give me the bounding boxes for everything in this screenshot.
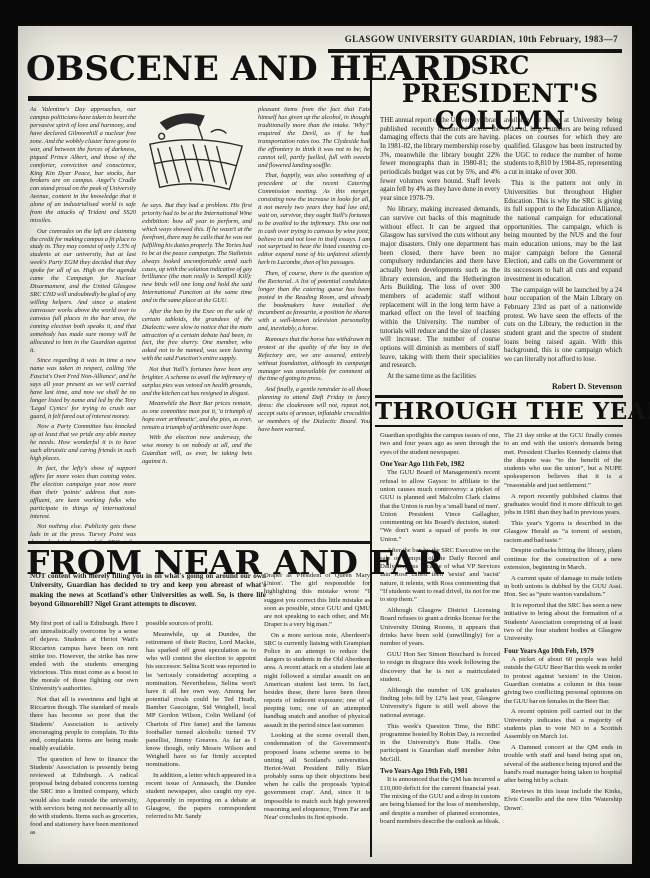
column-subheading: Two Years Ago 19th Feb, 1981 [380, 767, 500, 775]
body-paragraph: Although Glasgow District Licensing Boar… [380, 607, 500, 648]
column-subheading: One Year Ago 11th Feb, 1982 [380, 460, 500, 468]
newspaper-page: GLASGOW UNIVERSITY GUARDIAN, 10th Februa… [18, 26, 632, 864]
body-paragraph: The question of how to finance the Stude… [30, 756, 138, 838]
column-subheading: Four Years Ago 10th Feb, 1979 [504, 647, 622, 655]
body-paragraph: he says. But they had a problem. His fir… [142, 202, 252, 305]
body-paragraph: That, happily, was also something of a p… [258, 172, 370, 267]
body-paragraph: Despite cutbacks hitting the library, pl… [504, 547, 622, 572]
body-paragraph: A picket of about 60 people was held out… [504, 656, 622, 706]
body-paragraph: A report recently published claims that … [504, 493, 622, 518]
body-paragraph: Not that all is sweetness and light at R… [30, 696, 138, 753]
body-paragraph: This is the pattern not only in Universi… [504, 179, 622, 283]
body-paragraph: A Damned concert at the QM ends in troub… [504, 744, 622, 785]
article-column: Guardian spotlights the campus issues of… [380, 432, 500, 858]
article-column: he says. But they had a problem. His fir… [142, 106, 252, 542]
body-paragraph: My first port of call is Edinburgh. Here… [30, 620, 138, 694]
body-paragraph: Not that Yuill's fortunes have been any … [142, 366, 252, 398]
body-paragraph: Then, of course, there is the question o… [258, 270, 370, 334]
article-column: available for those at University being … [504, 116, 622, 380]
body-paragraph: GUU Hon Sec Simon Bouchard is forced to … [380, 651, 500, 684]
headline-through-the-years: THROUGH THE YEARS [375, 400, 623, 423]
author-signature: Robert D. Stevenson [504, 382, 622, 391]
body-paragraph: At the same time as the facilities [380, 372, 500, 380]
article-intro: NOT content with merely filling you in o… [30, 572, 266, 616]
article-column: My first port of call is Edinburgh. Here… [30, 620, 138, 858]
body-paragraph: Since regarding it was in time a new nam… [30, 357, 136, 421]
body-paragraph: No library, making increased demands, ca… [380, 205, 500, 370]
body-paragraph: pleasant items from the fact that Fats h… [258, 106, 370, 170]
body-paragraph: possible sources of profit. [146, 620, 256, 628]
body-paragraph: Not nothing else. Publicity gets these l… [30, 523, 136, 542]
body-paragraph: The GUU Board of Management's recent ref… [380, 469, 500, 544]
headline-rule [28, 96, 370, 101]
body-paragraph: This week's Question Time, the BBC progr… [380, 723, 500, 764]
body-paragraph: Meanwhile the Beer Bar prices remain, as… [142, 400, 252, 432]
body-paragraph: available for those at University being … [504, 116, 622, 177]
body-paragraph: A current spate of damage to male toilet… [504, 575, 622, 600]
article-column: The 21 day strike at the GCU finally com… [504, 432, 622, 858]
scanned-page-background: GLASGOW UNIVERSITY GUARDIAN, 10th Februa… [0, 0, 650, 878]
article-column: Draper as 'President of Queen Mary Union… [264, 572, 370, 858]
body-paragraph: After the ban by the Exec on the sale of… [142, 308, 252, 364]
body-paragraph: In fact, the lefty's show of support off… [30, 465, 136, 521]
headline-obscene-and-heard: OBSCENE AND HEARD [26, 52, 372, 86]
body-paragraph: Looking at the scene overall then, conde… [264, 732, 370, 822]
masthead: GLASGOW UNIVERSITY GUARDIAN, 10th Februa… [345, 34, 618, 44]
section-divider-rule [370, 49, 372, 857]
body-paragraph: As Valentine's Day approaches, our campu… [30, 106, 136, 225]
body-paragraph: A recent opinion poll carried out in the… [504, 708, 622, 741]
body-paragraph: In addition, a letter which appeared in … [146, 772, 256, 821]
article-column: As Valentine's Day approaches, our campu… [30, 106, 136, 542]
body-paragraph: Draper as 'President of Queen Mary Union… [264, 572, 370, 629]
article-column: THE annual report of the University libr… [380, 116, 500, 380]
body-paragraph: And finally, a gentle reminder to all th… [258, 386, 370, 434]
body-paragraph: It is announced that the QM has incurred… [380, 776, 500, 826]
body-paragraph: Meanwhile, up at Dundee, the retirement … [146, 631, 256, 770]
body-paragraph: THE annual report of the University libr… [380, 116, 500, 203]
article-column-text: he says. But they had a problem. His fir… [142, 202, 252, 466]
body-paragraph: Although the number of UK graduates find… [380, 687, 500, 720]
body-paragraph: Guardian spotlights the campus issues of… [380, 432, 500, 457]
banner-bottom-rule [375, 425, 623, 427]
body-paragraph: Rumours that the horse has withdrawn in … [258, 336, 370, 384]
body-paragraph: On a more serious note, Aberdeen's SRC i… [264, 632, 370, 730]
body-paragraph: Our comrades on the left are claiming th… [30, 228, 136, 355]
body-paragraph: Now a Party Committee has knocked up at … [30, 423, 136, 463]
body-paragraph: This year's Ygorra is described in the G… [504, 520, 622, 545]
body-paragraph: With the election now underway, the wise… [142, 434, 252, 466]
cartoon-illustration [142, 106, 250, 198]
body-paragraph: The campaign will be launched by a 24 ho… [504, 286, 622, 364]
article-column: pleasant items from the fact that Fats h… [258, 106, 370, 542]
body-paragraph: The 21 day strike at the GCU finally com… [504, 432, 622, 490]
article-column: possible sources of profit.Meanwhile, up… [146, 620, 256, 858]
body-paragraph: Reviews in this issue include the Kinks,… [504, 788, 622, 813]
body-paragraph: It is reported that the SRC has seen a n… [504, 602, 622, 643]
